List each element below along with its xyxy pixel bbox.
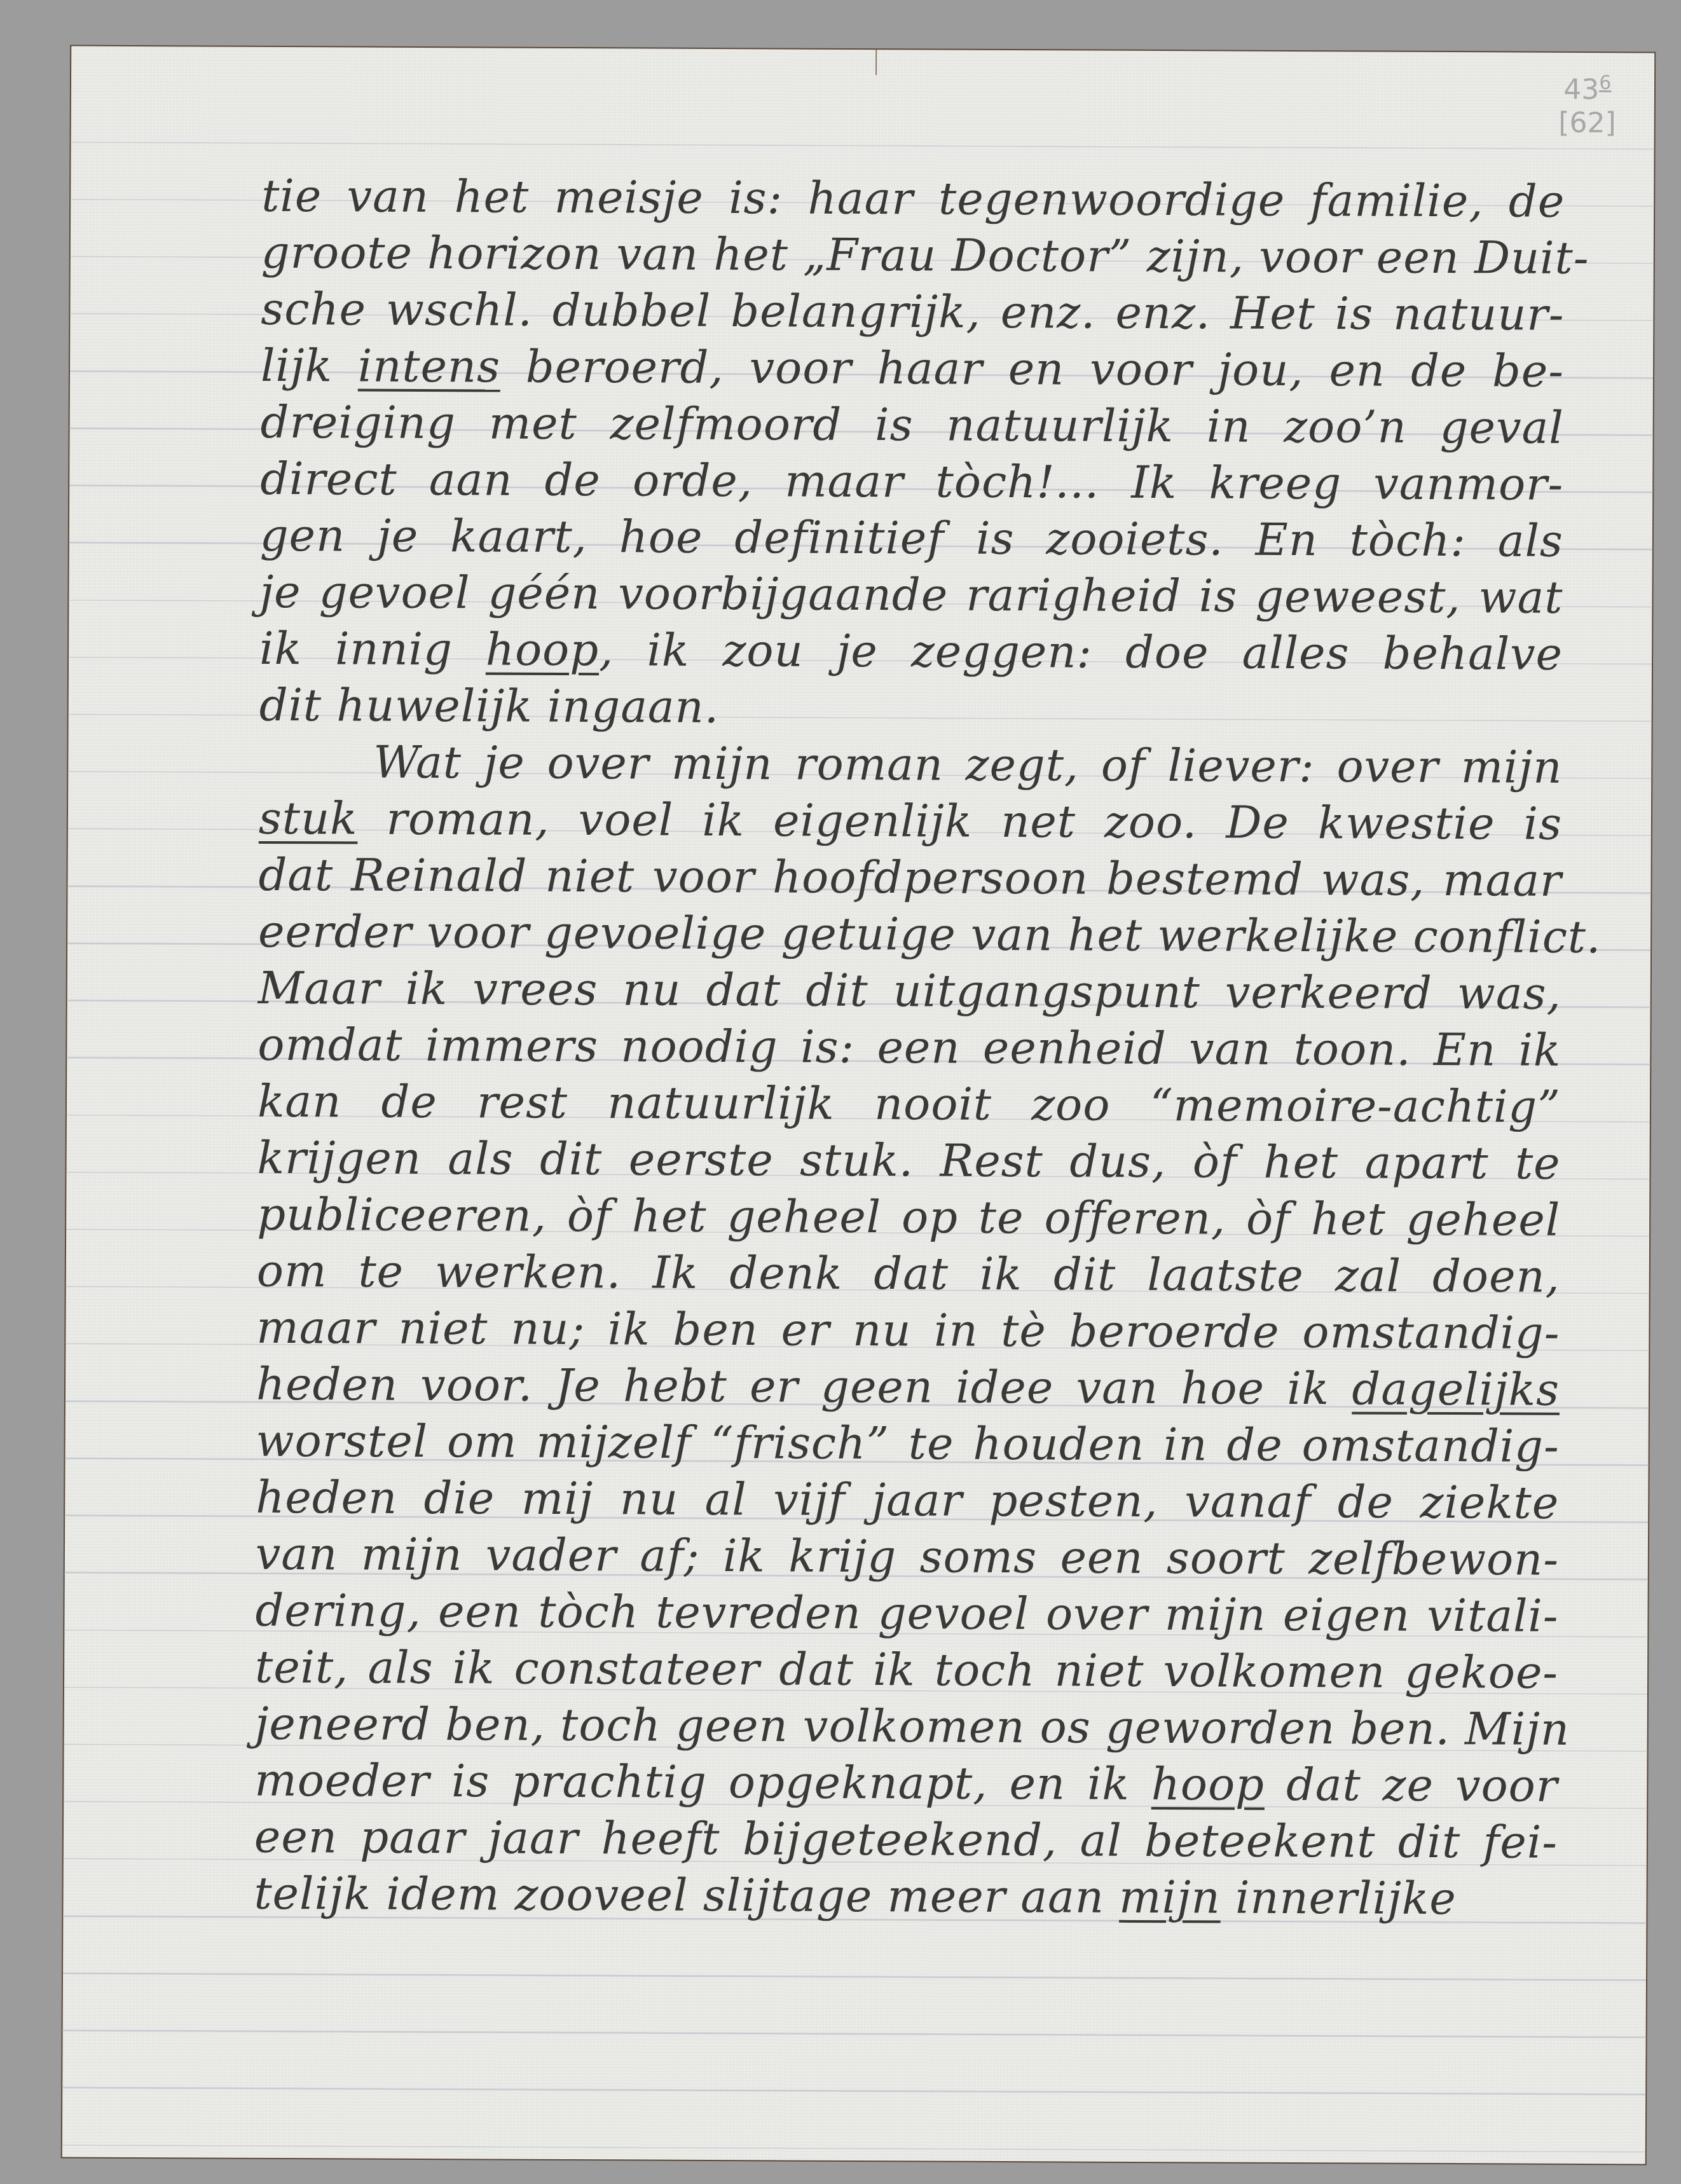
letter-line: lijk intens beroerd, voor haar en voor j… [261, 338, 1564, 400]
line-text: dreiging met zelfmoord is natuurlijk in … [260, 396, 1563, 454]
line-text: groote horizon van het „Frau Doctor” zij… [261, 226, 1589, 284]
line-text: teit, als ik constateer dat ik toch niet… [255, 1641, 1558, 1699]
line-text: van mijn vader af; ik krijg soms een soo… [256, 1528, 1559, 1586]
line-text: tie van het meisje is: haar tegenwoordig… [261, 170, 1565, 228]
letter-line: van mijn vader af; ik krijg soms een soo… [256, 1526, 1559, 1588]
letter-sheet: 436 [62] tie van het meisje is: haar teg… [62, 46, 1654, 2164]
line-text: innerlijke [1221, 1871, 1457, 1925]
letter-line: je gevoel géén voorbijgaande rarigheid i… [259, 564, 1563, 626]
line-text: Maar ik vrees nu dat dit uitgangspunt ve… [258, 962, 1561, 1020]
line-text: roman, voel ik eigenlijk net zoo. De kwe… [357, 793, 1562, 850]
line-text: ik innig [259, 622, 486, 676]
letter-line: jeneerd ben, toch geen volkomen os gewor… [255, 1696, 1558, 1758]
letter-line: telijk idem zooveel slijtage meer aan mi… [254, 1865, 1557, 1928]
line-text: Wat je over mijn roman zegt, of liever: … [373, 736, 1562, 793]
letter-line: worstel om mijzelf “frisch” te houden in… [256, 1413, 1559, 1475]
line-text: dering, een tòch tevreden gevoel over mi… [255, 1584, 1558, 1642]
line-text: moeder is prachtig opgeknapt, en ik [254, 1754, 1151, 1810]
line-text: krijgen als dit eerste stuk. Rest dus, ò… [257, 1132, 1560, 1190]
line-text: eerder voor gevoelige getuige van het we… [258, 905, 1602, 963]
paper-fold-mark [875, 50, 877, 75]
line-text: je gevoel géén voorbijgaande rarigheid i… [259, 566, 1563, 624]
letter-line: tie van het meisje is: haar tegenwoordig… [261, 168, 1565, 230]
line-text: heden die mij nu al vijf jaar pesten, va… [256, 1471, 1559, 1529]
archive-folio: 436 [1559, 72, 1617, 107]
line-text: een paar jaar heeft bijgeteekend, al bet… [254, 1811, 1558, 1869]
letter-line: maar niet nu; ik ben er nu in tè beroerd… [256, 1300, 1560, 1362]
letter-line: een paar jaar heeft bijgeteekend, al bet… [254, 1809, 1558, 1871]
line-text: telijk idem zooveel slijtage meer aan [254, 1867, 1119, 1923]
archive-page-bracketed: [62] [1558, 107, 1616, 141]
archive-folio-main: 43 [1563, 73, 1599, 106]
line-text: sche wschl. dubbel belangrijk, enz. enz.… [261, 283, 1564, 341]
letter-body: tie van het meisje is: haar tegenwoordig… [254, 168, 1565, 1928]
underlined-word: mijn [1119, 1871, 1221, 1924]
letter-line: heden voor. Je hebt er geen idee van hoe… [256, 1356, 1560, 1418]
letter-line: publiceeren, òf het geheel op te offeren… [257, 1186, 1560, 1249]
line-text: dat ze voor [1265, 1759, 1558, 1812]
letter-line: dreiging met zelfmoord is natuurlijk in … [260, 394, 1563, 457]
letter-line: dering, een tòch tevreden gevoel over mi… [255, 1583, 1558, 1645]
letter-line: direct aan de orde, maar tòch!... Ik kre… [260, 451, 1563, 513]
line-text: om te werken. Ik denk dat ik dit laatste… [257, 1245, 1560, 1303]
line-text: gen je kaart, hoe definitief is zooiets.… [260, 509, 1563, 567]
letter-line: dat Reinald niet voor hoofdpersoon beste… [258, 847, 1561, 909]
line-text: dit huwelijk ingaan. [259, 679, 720, 733]
line-text: , ik zou je zeggen: doe alles behalve [599, 624, 1563, 680]
letter-line: stuk roman, voel ik eigenlijk net zoo. D… [259, 790, 1562, 853]
letter-line: omdat immers noodig is: een eenheid van … [257, 1017, 1561, 1079]
letter-line: eerder voor gevoelige getuige van het we… [258, 903, 1561, 966]
line-text: publiceeren, òf het geheel op te offeren… [257, 1188, 1560, 1246]
letter-line: moeder is prachtig opgeknapt, en ik hoop… [254, 1752, 1558, 1815]
line-text: lijk [261, 340, 358, 392]
letter-line: groote horizon van het „Frau Doctor” zij… [261, 224, 1565, 287]
underlined-word: hoop [1151, 1758, 1265, 1811]
underlined-word: intens [358, 340, 500, 393]
letter-line: krijgen als dit eerste stuk. Rest dus, ò… [257, 1130, 1560, 1192]
line-text: dat Reinald niet voor hoofdpersoon beste… [258, 849, 1561, 907]
letter-line: om te werken. Ik denk dat ik dit laatste… [257, 1243, 1560, 1305]
underlined-word: dagelijks [1352, 1363, 1560, 1415]
letter-line: heden die mij nu al vijf jaar pesten, va… [256, 1469, 1559, 1532]
letter-line: dit huwelijk ingaan. [259, 677, 1563, 739]
line-text: heden voor. Je hebt er geen idee van hoe… [256, 1358, 1352, 1415]
letter-line: kan de rest natuurlijk nooit zoo “memoir… [257, 1073, 1561, 1136]
line-text: direct aan de orde, maar tòch!... Ik kre… [260, 453, 1563, 511]
letter-line: Maar ik vrees nu dat dit uitgangspunt ve… [258, 960, 1561, 1022]
line-text: beroerd, voor haar en voor jou, en de be… [500, 341, 1564, 397]
archive-number: 436 [62] [1558, 72, 1616, 141]
line-text: omdat immers noodig is: een eenheid van … [257, 1019, 1561, 1076]
archive-folio-sup: 6 [1599, 72, 1611, 94]
line-text: maar niet nu; ik ben er nu in tè beroerd… [256, 1301, 1560, 1359]
line-text: jeneerd ben, toch geen volkomen os gewor… [255, 1698, 1570, 1755]
line-text: kan de rest natuurlijk nooit zoo “memoir… [257, 1075, 1561, 1133]
underlined-word: stuk [259, 792, 358, 845]
underlined-word: hoop [486, 623, 600, 676]
letter-line: sche wschl. dubbel belangrijk, enz. enz.… [261, 281, 1564, 343]
letter-line: Wat je over mijn roman zegt, of liever: … [259, 734, 1562, 796]
line-text: worstel om mijzelf “frisch” te houden in… [256, 1415, 1560, 1473]
letter-line: ik innig hoop, ik zou je zeggen: doe all… [259, 621, 1563, 683]
letter-line: teit, als ik constateer dat ik toch niet… [255, 1639, 1558, 1701]
letter-line: gen je kaart, hoe definitief is zooiets.… [260, 507, 1563, 570]
